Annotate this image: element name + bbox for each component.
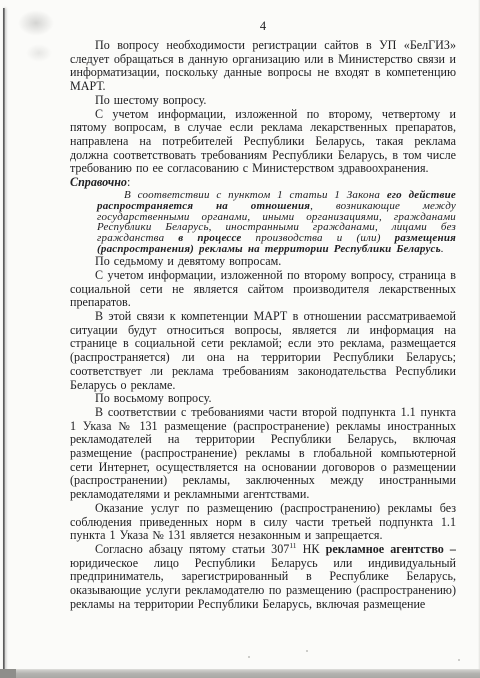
heading-questions-7-9: По седьмому и девятому вопросам.	[70, 255, 456, 269]
text-run: 11	[289, 541, 296, 550]
text-run: Справочно	[70, 175, 127, 189]
scan-edge-bottom-band	[0, 669, 480, 678]
document-content: По вопросу необходимости регистрации сай…	[70, 39, 456, 611]
text-run: Оказание услуг по размещению (распростра…	[70, 501, 456, 542]
text-run: В соответствии с требованиями части втор…	[70, 405, 456, 501]
scan-smudge	[18, 10, 54, 36]
paragraph-mart-competence: В этой связи к компетенции МАРТ в отноше…	[70, 310, 456, 392]
page-number: 4	[70, 19, 456, 34]
text-run: С учетом информации, изложенной по второ…	[70, 107, 456, 176]
text-run: НК	[297, 542, 326, 556]
scan-smudge	[26, 44, 52, 62]
text-run: По вопросу необходимости регистрации сай…	[70, 38, 456, 93]
paragraph-belgiz-registration: По вопросу необходимости регистрации сай…	[70, 39, 456, 94]
text-run: юридическое лицо Республики Беларусь или…	[70, 556, 456, 611]
heading-question-6: По шестому вопросу.	[70, 94, 456, 108]
paragraph-social-page: С учетом информации, изложенной по второ…	[70, 269, 456, 310]
reference-label: Справочно:	[70, 176, 456, 190]
text-run: рекламное агентство –	[326, 542, 456, 556]
heading-question-8: По восьмому вопросу.	[70, 392, 456, 406]
scanned-document-page: 4 По вопросу необходимости регистрации с…	[0, 0, 480, 678]
text-run: С учетом информации, изложенной по второ…	[70, 268, 456, 309]
scan-speck	[248, 656, 250, 658]
scan-edge-left-line	[3, 8, 5, 678]
paragraph-question-6-answer: С учетом информации, изложенной по второ…	[70, 108, 456, 177]
text-run: В этой связи к компетенции МАРТ в отноше…	[70, 309, 456, 392]
text-run: Согласно абзацу пятому статьи 307	[95, 542, 289, 556]
paragraph-advertising-agency: Согласно абзацу пятому статьи 30711 НК р…	[70, 543, 456, 612]
text-run: .	[441, 243, 444, 255]
reference-quote: В соответствии с пунктом 1 статьи 1 Зако…	[97, 190, 456, 255]
text-run: :	[127, 175, 130, 189]
paragraph-decree-131: В соответствии с требованиями части втор…	[70, 406, 456, 502]
paragraph-illegal-services: Оказание услуг по размещению (распростра…	[70, 502, 456, 543]
text-run: По восьмому вопросу.	[95, 391, 211, 405]
text-run: По седьмому и девятому вопросам.	[95, 254, 281, 268]
scan-edge-bottom-corner	[0, 669, 16, 678]
text-run: По шестому вопросу.	[95, 93, 206, 107]
scan-speck	[306, 650, 308, 652]
scan-speck	[458, 659, 460, 661]
